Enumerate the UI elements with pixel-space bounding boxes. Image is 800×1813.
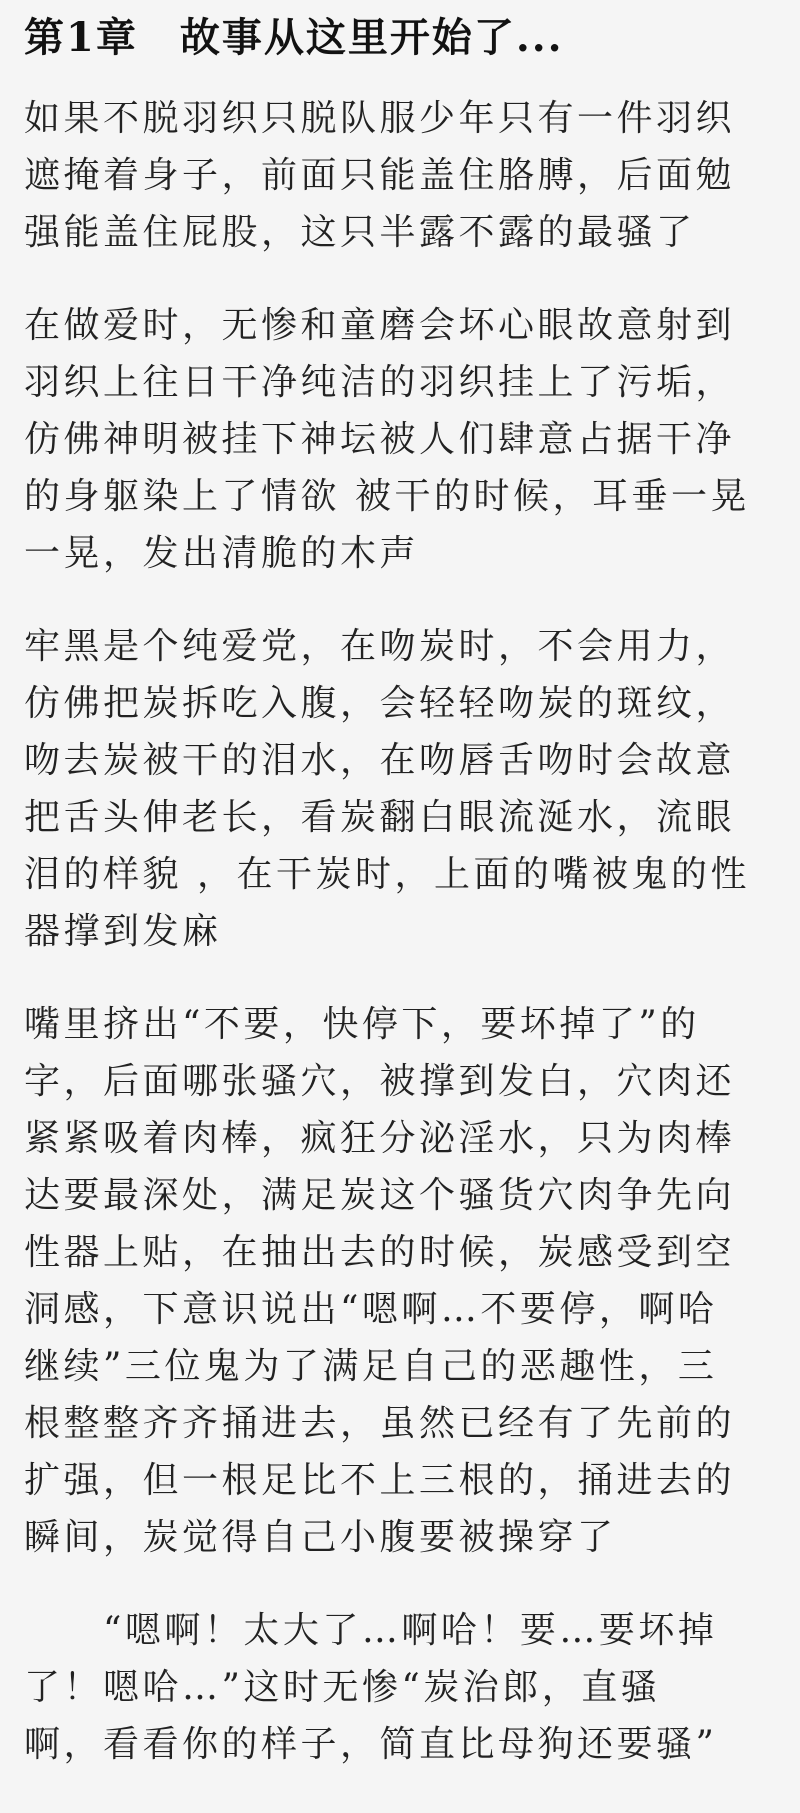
text-line: “嗯啊！太大了…啊哈！要…要坏掉 <box>24 1602 776 1659</box>
text-line: 洞感，下意识说出“嗯啊…不要停，啊哈 <box>24 1281 776 1338</box>
text-line: 吻去炭被干的泪水，在吻唇舌吻时会故意 <box>24 732 776 789</box>
text-line: 瞬间，炭觉得自己小腹要被操穿了 <box>24 1509 776 1566</box>
text-line: 字，后面哪张骚穴，被撑到发白，穴肉还 <box>24 1053 776 1110</box>
text-line: 仿佛把炭拆吃入腹，会轻轻吻炭的斑纹， <box>24 675 776 732</box>
paragraph: 牢黑是个纯爱党，在吻炭时，不会用力，仿佛把炭拆吃入腹，会轻轻吻炭的斑纹，吻去炭被… <box>24 618 776 960</box>
text-line: 了！嗯哈…”这时无惨“炭治郎，直骚 <box>24 1659 776 1716</box>
text-line: 强能盖住屁股，这只半露不露的最骚了 <box>24 204 776 261</box>
paragraph: 嘴里挤出“不要，快停下，要坏掉了”的字，后面哪张骚穴，被撑到发白，穴肉还紧紧吸着… <box>24 996 776 1566</box>
text-line: 羽织上往日干净纯洁的羽织挂上了污垢， <box>24 354 776 411</box>
text-line: 遮掩着身子，前面只能盖住胳膊，后面勉 <box>24 147 776 204</box>
paragraph: 在做爱时，无惨和童磨会坏心眼故意射到羽织上往日干净纯洁的羽织挂上了污垢，仿佛神明… <box>24 297 776 582</box>
chapter-page: 第1章 故事从这里开始了... 如果不脱羽织只脱队服少年只有一件羽织遮掩着身子，… <box>0 0 800 1813</box>
text-line: 继续”三位鬼为了满足自己的恶趣性，三 <box>24 1338 776 1395</box>
text-line: 在做爱时，无惨和童磨会坏心眼故意射到 <box>24 297 776 354</box>
paragraph: 如果不脱羽织只脱队服少年只有一件羽织遮掩着身子，前面只能盖住胳膊，后面勉强能盖住… <box>24 90 776 261</box>
text-line: 的身躯染上了情欲 被干的时候，耳垂一晃 <box>24 468 776 525</box>
text-line: 扩强，但一根足比不上三根的，捅进去的 <box>24 1452 776 1509</box>
paragraph: “嗯啊！太大了…啊哈！要…要坏掉了！嗯哈…”这时无惨“炭治郎，直骚啊，看看你的样… <box>24 1602 776 1773</box>
text-line: 根整整齐齐捅进去，虽然已经有了先前的 <box>24 1395 776 1452</box>
chapter-body: 如果不脱羽织只脱队服少年只有一件羽织遮掩着身子，前面只能盖住胳膊，后面勉强能盖住… <box>24 90 776 1773</box>
chapter-title: 第1章 故事从这里开始了... <box>24 10 776 66</box>
text-line: 达要最深处，满足炭这个骚货穴肉争先向 <box>24 1167 776 1224</box>
text-line: 一晃，发出清脆的木声 <box>24 525 776 582</box>
text-line: 如果不脱羽织只脱队服少年只有一件羽织 <box>24 90 776 147</box>
text-line: 把舌头伸老长，看炭翻白眼流涎水，流眼 <box>24 789 776 846</box>
text-line: 紧紧吸着肉棒，疯狂分泌淫水，只为肉棒 <box>24 1110 776 1167</box>
text-line: 泪的样貌 ，在干炭时，上面的嘴被鬼的性 <box>24 846 776 903</box>
text-line: 牢黑是个纯爱党，在吻炭时，不会用力， <box>24 618 776 675</box>
text-line: 啊，看看你的样子，简直比母狗还要骚” <box>24 1716 776 1773</box>
text-line: 嘴里挤出“不要，快停下，要坏掉了”的 <box>24 996 776 1053</box>
text-line: 器撑到发麻 <box>24 903 776 960</box>
text-line: 性器上贴，在抽出去的时候，炭感受到空 <box>24 1224 776 1281</box>
text-line: 仿佛神明被挂下神坛被人们肆意占据干净 <box>24 411 776 468</box>
